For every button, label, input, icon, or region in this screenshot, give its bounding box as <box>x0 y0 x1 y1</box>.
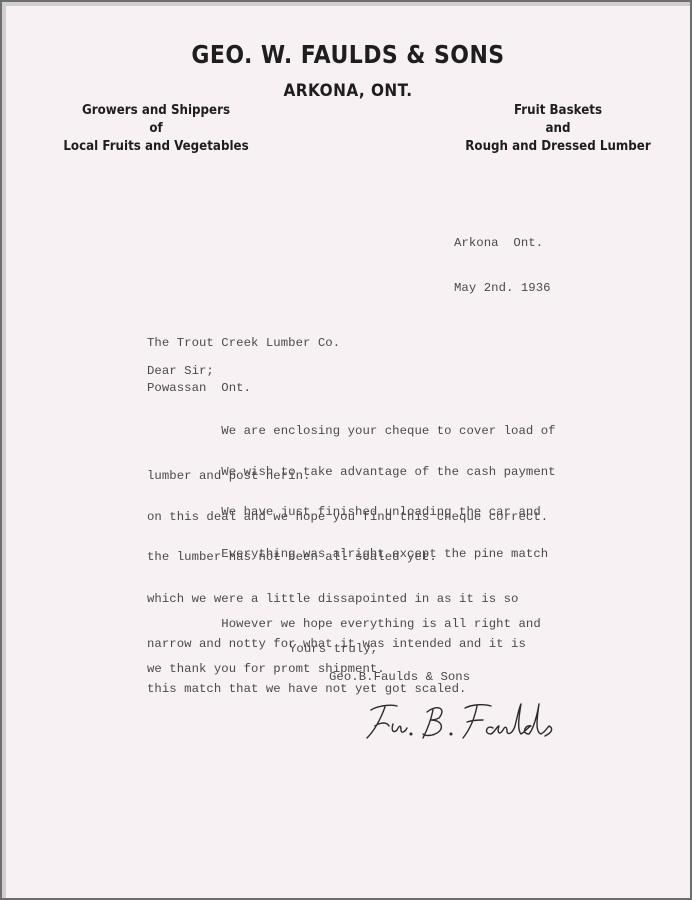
right-tagline: Fruit Baskets and Rough and Dressed Lumb… <box>452 101 663 155</box>
left-tagline: Growers and Shippers of Local Fruits and… <box>50 101 261 155</box>
left-tagline-line: of <box>50 119 261 137</box>
company-name: GEO. W. FAULDS & SONS <box>47 40 649 69</box>
company-city: ARKONA, ONT. <box>40 81 656 101</box>
handwritten-signature: Geo. B. Faulds <box>361 696 601 744</box>
letter-page: GEO. W. FAULDS & SONS ARKONA, ONT. Growe… <box>6 6 690 898</box>
body-line: Everything was alright except the pine m… <box>147 547 548 562</box>
recipient-name: The Trout Creek Lumber Co. <box>147 336 340 351</box>
right-tagline-line: Fruit Baskets <box>452 101 663 119</box>
dateline: Arkona Ont. May 2nd. 1936 <box>454 206 551 326</box>
left-tagline-line: Local Fruits and Vegetables <box>50 137 261 155</box>
closing: Yours truly, <box>289 642 378 657</box>
signatory-firm: Geo.B.Faulds & Sons <box>329 670 470 685</box>
dateline-date: May 2nd. 1936 <box>454 281 551 296</box>
page-border: GEO. W. FAULDS & SONS ARKONA, ONT. Growe… <box>2 2 690 898</box>
right-tagline-line: Rough and Dressed Lumber <box>452 137 663 155</box>
right-tagline-line: and <box>452 119 663 137</box>
dateline-place: Arkona Ont. <box>454 236 551 251</box>
body-line: However we hope everything is all right … <box>147 617 541 632</box>
salutation: Dear Sir; <box>147 364 214 379</box>
left-tagline-line: Growers and Shippers <box>50 101 261 119</box>
